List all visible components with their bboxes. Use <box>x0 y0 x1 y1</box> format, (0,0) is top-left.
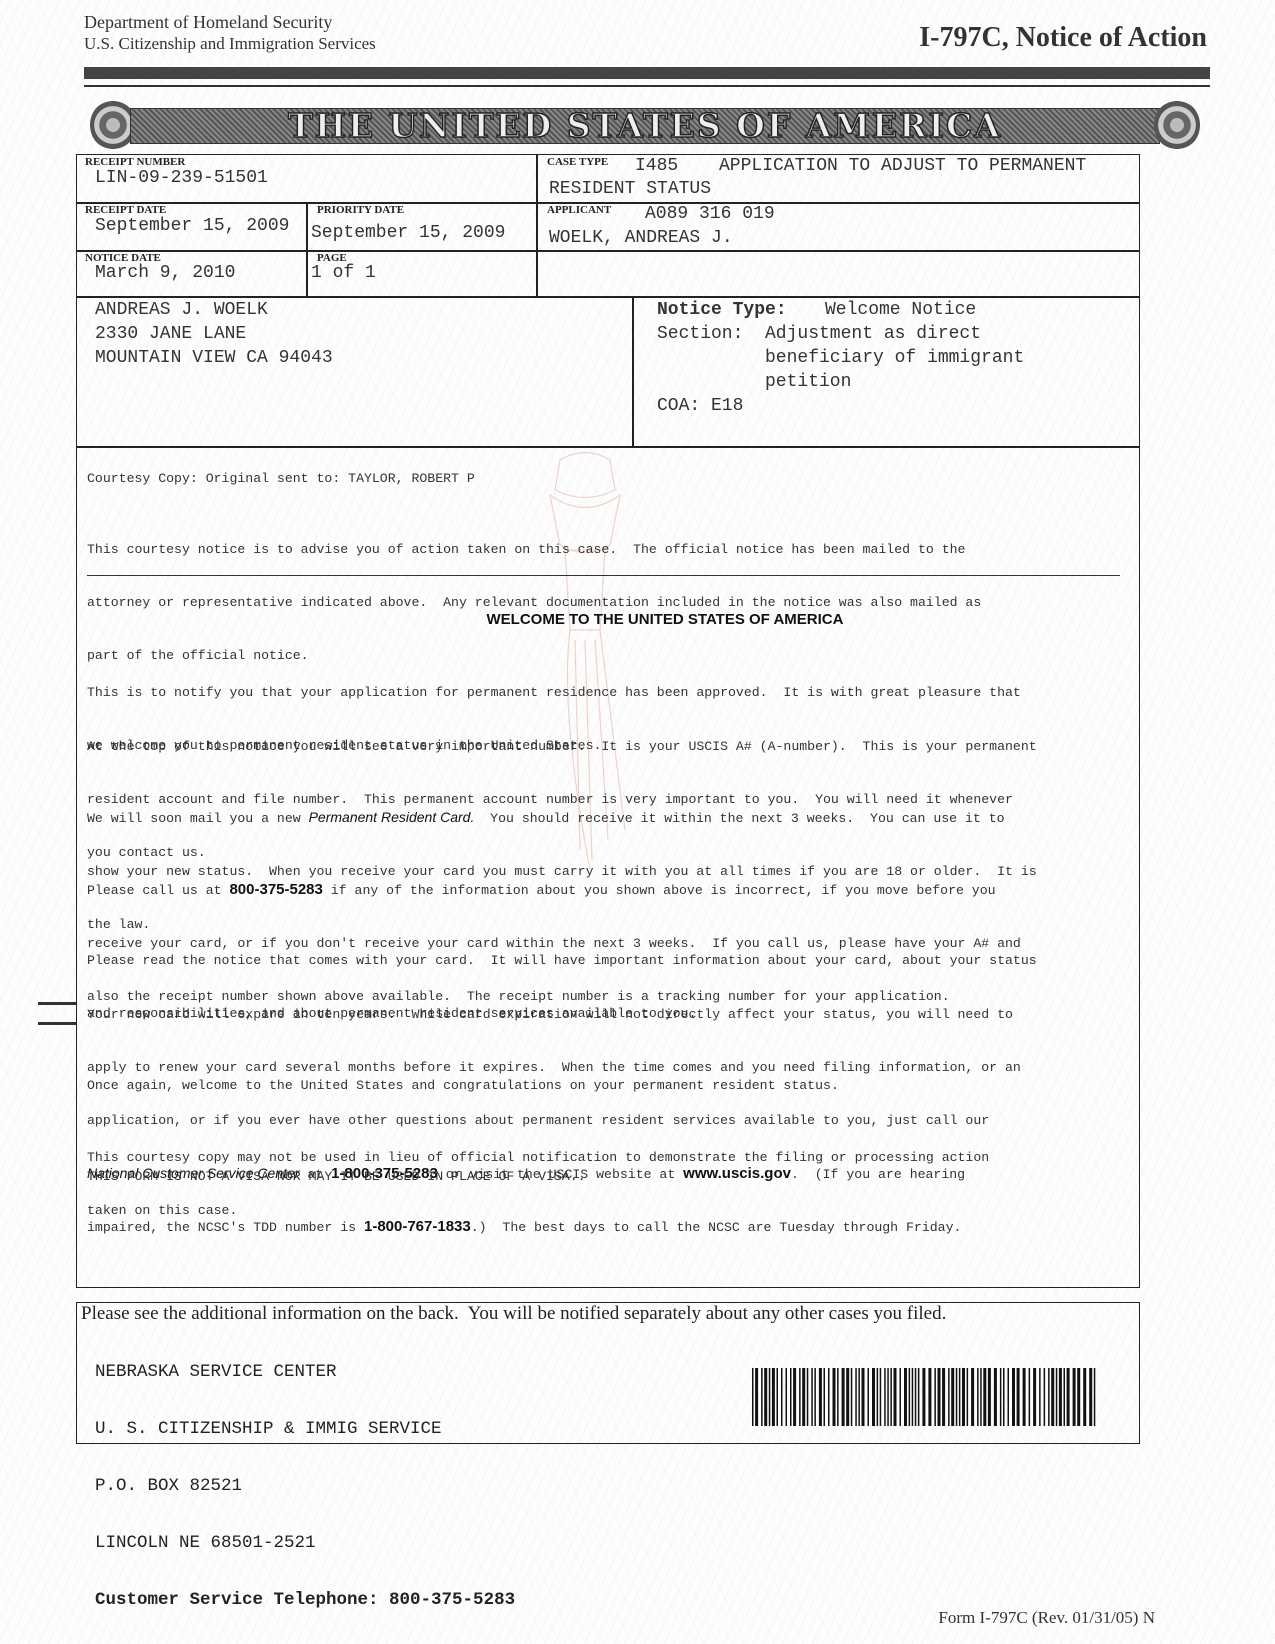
case-type-desc-line1: APPLICATION TO ADJUST TO PERMANENT <box>719 156 1086 176</box>
phone-number: 800-375-5283 <box>229 881 322 898</box>
case-type-code: I485 <box>635 156 678 176</box>
section-line2: beneficiary of immigrant <box>765 348 1024 368</box>
coa-code: COA: E18 <box>657 396 743 416</box>
receipt-number-value: LIN-09-239-51501 <box>95 168 268 188</box>
address-line2: 2330 JANE LANE <box>95 324 246 344</box>
form-revision: Form I-797C (Rev. 01/31/05) N <box>938 1608 1155 1628</box>
ornament-right-icon <box>1154 100 1200 150</box>
case-type-cell: CASE TYPE I485 APPLICATION TO ADJUST TO … <box>536 154 1140 204</box>
section-line1: Adjustment as direct <box>765 324 981 344</box>
applicant-name: WOELK, ANDREAS J. <box>549 228 733 248</box>
notice-type-block: Notice Type: Welcome Notice Section: Adj… <box>632 296 1140 448</box>
section-divider <box>87 575 1120 576</box>
agency-subname: U.S. Citizenship and Immigration Service… <box>84 34 376 54</box>
applicant-label: APPLICANT <box>547 204 611 216</box>
header-rule-thin <box>84 85 1210 87</box>
address-block: ANDREAS J. WOELK 2330 JANE LANE MOUNTAIN… <box>76 296 634 448</box>
service-center-address: NEBRASKA SERVICE CENTER U. S. CITIZENSHI… <box>95 1325 515 1644</box>
paragraph-congratulations: Once again, welcome to the United States… <box>87 1077 839 1095</box>
margin-mark <box>38 1022 76 1025</box>
courtesy-copy-line: Courtesy Copy: Original sent to: TAYLOR,… <box>87 470 475 488</box>
address-line3: MOUNTAIN VIEW CA 94043 <box>95 348 333 368</box>
address-line1: ANDREAS J. WOELK <box>95 300 268 320</box>
form-title: I-797C, Notice of Action <box>919 22 1207 54</box>
banner-text: THE UNITED STATES OF AMERICA <box>150 106 1140 146</box>
applicant-cell: APPLICANT A089 316 019 WOELK, ANDREAS J. <box>536 202 1140 252</box>
header-rule-thick <box>84 67 1210 79</box>
not-a-visa-statement: THIS FORM IS NOT A VISA NOR MAY IT BE US… <box>87 1168 586 1186</box>
notice-type-label: Notice Type: <box>657 300 787 320</box>
priority-date-cell: PRIORITY DATE September 15, 2009 <box>306 202 538 252</box>
welcome-heading: WELCOME TO THE UNITED STATES OF AMERICA <box>0 611 1275 628</box>
notice-type-value: Welcome Notice <box>825 300 976 320</box>
empty-cell <box>536 250 1140 298</box>
page-cell: PAGE 1 of 1 <box>306 250 538 298</box>
receipt-date-value: September 15, 2009 <box>95 216 289 236</box>
receipt-date-label: RECEIPT DATE <box>85 204 166 216</box>
margin-mark <box>38 1002 76 1005</box>
receipt-number-label: RECEIPT NUMBER <box>85 156 185 168</box>
agency-name: Department of Homeland Security <box>84 12 332 33</box>
card-name: Permanent Resident Card. <box>309 809 475 825</box>
notice-date-value: March 9, 2010 <box>95 263 235 283</box>
barcode <box>752 1368 1096 1426</box>
section-label: Section: <box>657 324 743 344</box>
notice-date-cell: NOTICE DATE March 9, 2010 <box>76 250 308 298</box>
section-line3: petition <box>765 372 851 392</box>
receipt-date-cell: RECEIPT DATE September 15, 2009 <box>76 202 308 252</box>
page-value: 1 of 1 <box>311 263 376 283</box>
additional-info-notice: Please see the additional information on… <box>81 1303 946 1325</box>
case-type-label: CASE TYPE <box>547 156 608 168</box>
applicant-a-number: A089 316 019 <box>645 204 775 224</box>
receipt-number-cell: RECEIPT NUMBER LIN-09-239-51501 <box>76 154 538 204</box>
usa-banner: THE UNITED STATES OF AMERICA <box>90 96 1200 154</box>
case-type-desc-line2: RESIDENT STATUS <box>549 179 711 199</box>
priority-date-value: September 15, 2009 <box>311 223 505 243</box>
priority-date-label: PRIORITY DATE <box>317 204 404 216</box>
customer-service-phone: Customer Service Telephone: 800-375-5283 <box>95 1591 515 1610</box>
